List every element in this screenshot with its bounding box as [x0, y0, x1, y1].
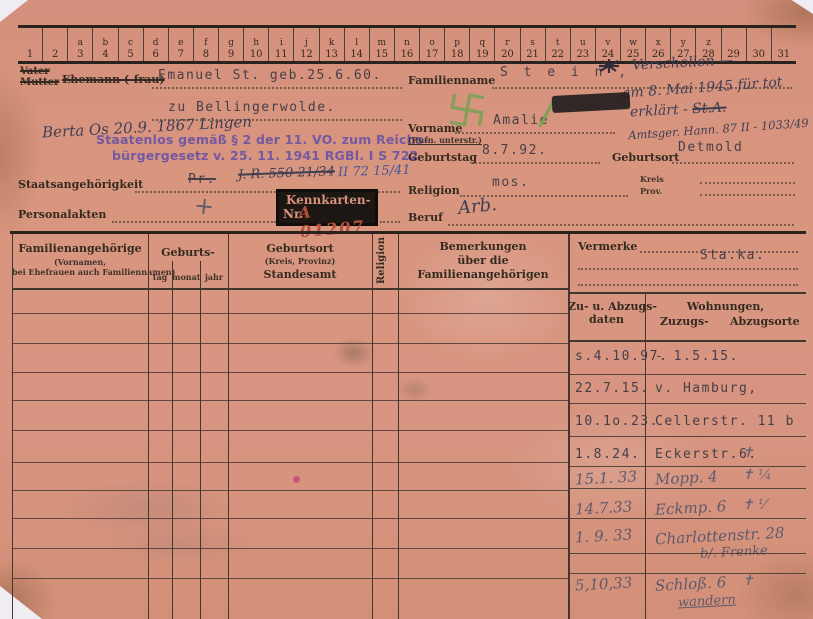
dotted-line: [455, 132, 615, 134]
ruler-letter: o: [429, 38, 434, 48]
ruler-cell-4: b4: [93, 28, 118, 61]
col-header-monat: monat: [172, 272, 200, 282]
ruler-cell-31: 31: [772, 28, 796, 61]
entry-date: 10.1o.23.: [575, 414, 659, 429]
family-row-line: [12, 548, 568, 549]
col-header-familienangehoerige: Familienangehörige: [12, 242, 148, 255]
ruler-number: 15: [375, 48, 388, 61]
dotted-line: [672, 162, 794, 164]
ruler-number: 1: [27, 48, 33, 61]
movement-row-line: [568, 374, 806, 375]
col-header-zuzugs: Zuzugs-: [660, 315, 709, 328]
label-ehemann: Ehemann (-frau): [62, 73, 165, 86]
entry-date: 22.7.15.: [575, 381, 650, 396]
ruler-number: 14: [350, 48, 363, 61]
col-header-standesamt: Standesamt: [228, 268, 372, 281]
ruler-cell-5: c5: [119, 28, 144, 61]
col-header-daten: daten: [568, 313, 645, 326]
entry-date: 15.1. 33: [575, 467, 638, 488]
personalakten-mark: +: [193, 191, 216, 221]
entry-place-note: wandern: [678, 592, 737, 610]
ruler-letter: n: [404, 38, 410, 48]
col-header-kreis-provinz: (Kreis, Provinz): [228, 256, 372, 266]
staats-handwritten-blue: II 72 15/41: [338, 163, 411, 181]
entry-place: Schloß. 6: [655, 573, 727, 595]
label-vermerke: Vermerke: [578, 240, 637, 253]
entry-place: Mopp. 4: [655, 467, 719, 488]
ruler-letter: z: [706, 38, 711, 48]
ruler-letter: m: [378, 38, 387, 48]
family-row-line: [12, 490, 568, 491]
ruler-number: 2: [52, 48, 58, 61]
staatenlos-stamp-line1: Staatenlos gemäß § 2 der 11. VO. zum Rei…: [96, 132, 429, 147]
table-line: [398, 234, 399, 619]
ruler-cell-3: a3: [68, 28, 93, 61]
ruler-letter: w: [629, 38, 637, 48]
scanned-registration-card: 12a3b4c5d6e7f8g9h10i11j12k13l14m15n16o17…: [0, 0, 813, 619]
crossed-out-scribble: [596, 58, 622, 74]
ruler-letter: i: [280, 38, 283, 48]
table-top-rule: [10, 231, 806, 234]
ruler-letter: d: [153, 38, 159, 48]
ruler-cell-23: u23: [571, 28, 596, 61]
entry-place: - 1.5.15.: [655, 349, 739, 364]
ruler-cell-11: i11: [269, 28, 294, 61]
col-header-ehefrauen: bei Ehefrauen auch Familiennamen): [12, 267, 148, 277]
table-line: [372, 234, 373, 619]
ruler-number: 11: [275, 48, 288, 61]
dotted-line: [152, 87, 402, 89]
kennkarten-number: A 01207: [297, 197, 376, 241]
religion-value: mos.: [492, 175, 529, 190]
col-header-tag: tag: [148, 272, 172, 282]
ruler-letter: y: [681, 38, 686, 48]
col-header-ueber-die: über die: [398, 254, 568, 267]
ruler-cell-20: r20: [495, 28, 520, 61]
note-erklaert: erklärt -: [630, 101, 693, 120]
movement-row-line: [568, 518, 806, 519]
ruler-number: 4: [102, 48, 108, 61]
beruf-value: Arb.: [457, 194, 498, 219]
ruler-cell-22: t22: [546, 28, 571, 61]
ink-dot: [293, 476, 300, 483]
movement-row-line: [568, 553, 806, 554]
entry-place: Eckmp. 6: [655, 497, 727, 519]
ruler-cell-8: f8: [194, 28, 219, 61]
ruler-cell-17: o17: [420, 28, 445, 61]
ruler-cell-7: e7: [169, 28, 194, 61]
dotted-line: [578, 284, 798, 286]
entry-pencil-mark: ✝: [742, 573, 754, 589]
ruler-number: 13: [325, 48, 338, 61]
ruler-letter: e: [178, 38, 183, 48]
col-header-jahr: jahr: [200, 272, 228, 282]
ruler-letter: c: [128, 38, 133, 48]
entry-date: 1. 9. 33: [575, 526, 633, 547]
kennkarten-stamp-box: Kennkarten- Nr. A 01207: [276, 189, 378, 226]
ruler-number: 30: [752, 48, 765, 61]
ruler-number: 8: [203, 48, 209, 61]
ruler-number: 21: [526, 48, 539, 61]
family-row-line: [12, 578, 568, 579]
col-header-familienangehoerigen: Familienangehörigen: [398, 268, 568, 281]
ruler-cell-2: 2: [43, 28, 68, 61]
col-header-bemerkungen: Bemerkungen: [398, 240, 568, 253]
ruler-cell-18: p18: [445, 28, 470, 61]
ruler-letter: p: [454, 38, 460, 48]
ruler-cell-9: g9: [219, 28, 244, 61]
dotted-line: [578, 268, 798, 270]
entry-date: 5,10,33: [575, 574, 633, 595]
movement-row-line: [568, 403, 806, 404]
label-religion: Religion: [408, 184, 460, 197]
ruler-letter: r: [505, 38, 509, 48]
ruler-cell-15: m15: [370, 28, 395, 61]
table-line: [200, 261, 201, 619]
ruler-number: 12: [300, 48, 313, 61]
header-bottom-rule: [12, 288, 568, 290]
ruler-number: 5: [127, 48, 133, 61]
geburtsort-value: Detmold: [678, 140, 743, 155]
label-vorname-sub: (Rufn. unterstr.): [408, 135, 482, 145]
ruler-cell-12: j12: [294, 28, 319, 61]
label-prov: Prov.: [640, 186, 662, 196]
label-kreis: Kreis: [640, 174, 664, 184]
ruler-number: 31: [777, 48, 790, 61]
ruler-cell-24: v24: [596, 28, 621, 61]
ruler-number: 10: [250, 48, 263, 61]
col-header-abzugsorte: Abzugsorte: [730, 315, 800, 328]
note-sta-struck: St.A.: [692, 99, 727, 117]
handdrawn-swastika-mark: [444, 87, 490, 133]
dotted-line: [472, 162, 600, 164]
entry-place: v. Hamburg,: [655, 381, 758, 396]
entry-place: Cellerstr. 11 b: [655, 414, 795, 429]
entry-pencil-mark: ✝: [742, 445, 754, 461]
family-row-line: [12, 400, 568, 401]
movement-row-line: [568, 488, 806, 489]
family-row-line: [12, 462, 568, 463]
geburtstag-value: 8.7.92.: [482, 143, 547, 158]
ruler-letter: h: [253, 38, 259, 48]
dotted-line: [448, 224, 794, 226]
family-row-line: [12, 518, 568, 519]
ruler-cell-6: d6: [144, 28, 169, 61]
label-personalakten: Personalakten: [18, 208, 106, 221]
parent-value-line2: zu Bellingerwolde.: [168, 100, 336, 115]
dotted-line: [700, 182, 795, 184]
ruler-number: 6: [153, 48, 159, 61]
staatsangehoerigkeit-value: Pr.: [188, 172, 216, 187]
ruler-cell-19: q19: [470, 28, 495, 61]
dotted-line: [380, 221, 400, 223]
label-geburtstag: Geburtstag: [408, 151, 477, 164]
ruler-number: 3: [77, 48, 83, 61]
ruler-cell-21: s21: [521, 28, 546, 61]
col-header-geburtsort: Geburtsort: [228, 242, 372, 255]
label-mutter: Mutter: [20, 77, 59, 88]
col-header-geburts: Geburts-: [148, 246, 228, 259]
label-familienname: Familienname: [408, 74, 495, 87]
ruler-letter: b: [103, 38, 109, 48]
ruler-number: 19: [476, 48, 489, 61]
label-geburtsort: Geburtsort: [612, 151, 679, 164]
entry-pencil-mark: ✝ ⅟: [742, 497, 766, 513]
ruler-number: 23: [576, 48, 589, 61]
table-line: [228, 234, 229, 619]
ruler-number: 9: [228, 48, 234, 61]
parent-value-line1: Emanuel St. geb.25.6.60.: [158, 68, 382, 83]
table-line: [12, 234, 13, 619]
label-staatsangehoerigkeit: Staatsangehörigkeit: [18, 178, 143, 191]
ruler-letter: l: [355, 38, 358, 48]
ruler-number: 22: [551, 48, 564, 61]
ruler-letter: g: [228, 38, 234, 48]
ruler-cell-16: n16: [395, 28, 420, 61]
vermerke-value: Sta.ka.: [700, 248, 765, 263]
ruler-number: 18: [451, 48, 464, 61]
dotted-line: [112, 221, 276, 223]
family-row-line: [12, 372, 568, 373]
movements-header-rule: [568, 340, 806, 342]
entry-pencil-mark: ✝ ¼: [742, 467, 772, 483]
entry-date: 1.8.24.: [575, 447, 640, 462]
ruler-number: 7: [178, 48, 184, 61]
ruler-cell-30: 30: [747, 28, 772, 61]
ruler-cell-1: 1: [18, 28, 43, 61]
col-header-religion: Religion: [376, 240, 387, 284]
ruler-number: 16: [401, 48, 414, 61]
table-line: [172, 261, 173, 619]
ruler-cell-10: h10: [244, 28, 269, 61]
ruler-letter: x: [656, 38, 661, 48]
ruler-cell-14: l14: [345, 28, 370, 61]
staatenlos-stamp-line2: bürgergesetz v. 25. 11. 1941 RGBl. I S 7…: [112, 148, 419, 163]
ruler-letter: k: [329, 38, 334, 48]
col-header-wohnungen: Wohnungen,: [645, 300, 806, 313]
label-beruf: Beruf: [408, 211, 443, 224]
ruler-letter: t: [556, 38, 560, 48]
col-header-zuabzugs: Zu- u. Abzugs-: [568, 300, 645, 313]
ruler-cell-13: k13: [320, 28, 345, 61]
entry-date: 14.7.33: [575, 498, 633, 519]
family-row-line: [12, 343, 568, 344]
movement-row-line: [568, 573, 806, 574]
ruler-letter: s: [530, 38, 535, 48]
ruler-letter: q: [479, 38, 485, 48]
movement-row-line: [568, 436, 806, 437]
ruler-number: 17: [426, 48, 439, 61]
ruler-letter: j: [305, 38, 308, 48]
dotted-line: [700, 194, 795, 196]
ruler-number: 20: [501, 48, 514, 61]
ruler-letter: a: [78, 38, 83, 48]
family-row-line: [12, 430, 568, 431]
vermerke-rule: [568, 292, 806, 294]
parent-label-group: Vater Mutter: [20, 66, 59, 88]
label-vater: Vater: [20, 66, 59, 77]
ruler-letter: f: [204, 38, 207, 48]
table-line: [148, 234, 149, 619]
family-row-line: [12, 313, 568, 314]
col-header-vornamen: (Vornamen,: [12, 257, 148, 267]
ruler-letter: v: [605, 38, 610, 48]
ruler-letter: u: [580, 38, 586, 48]
